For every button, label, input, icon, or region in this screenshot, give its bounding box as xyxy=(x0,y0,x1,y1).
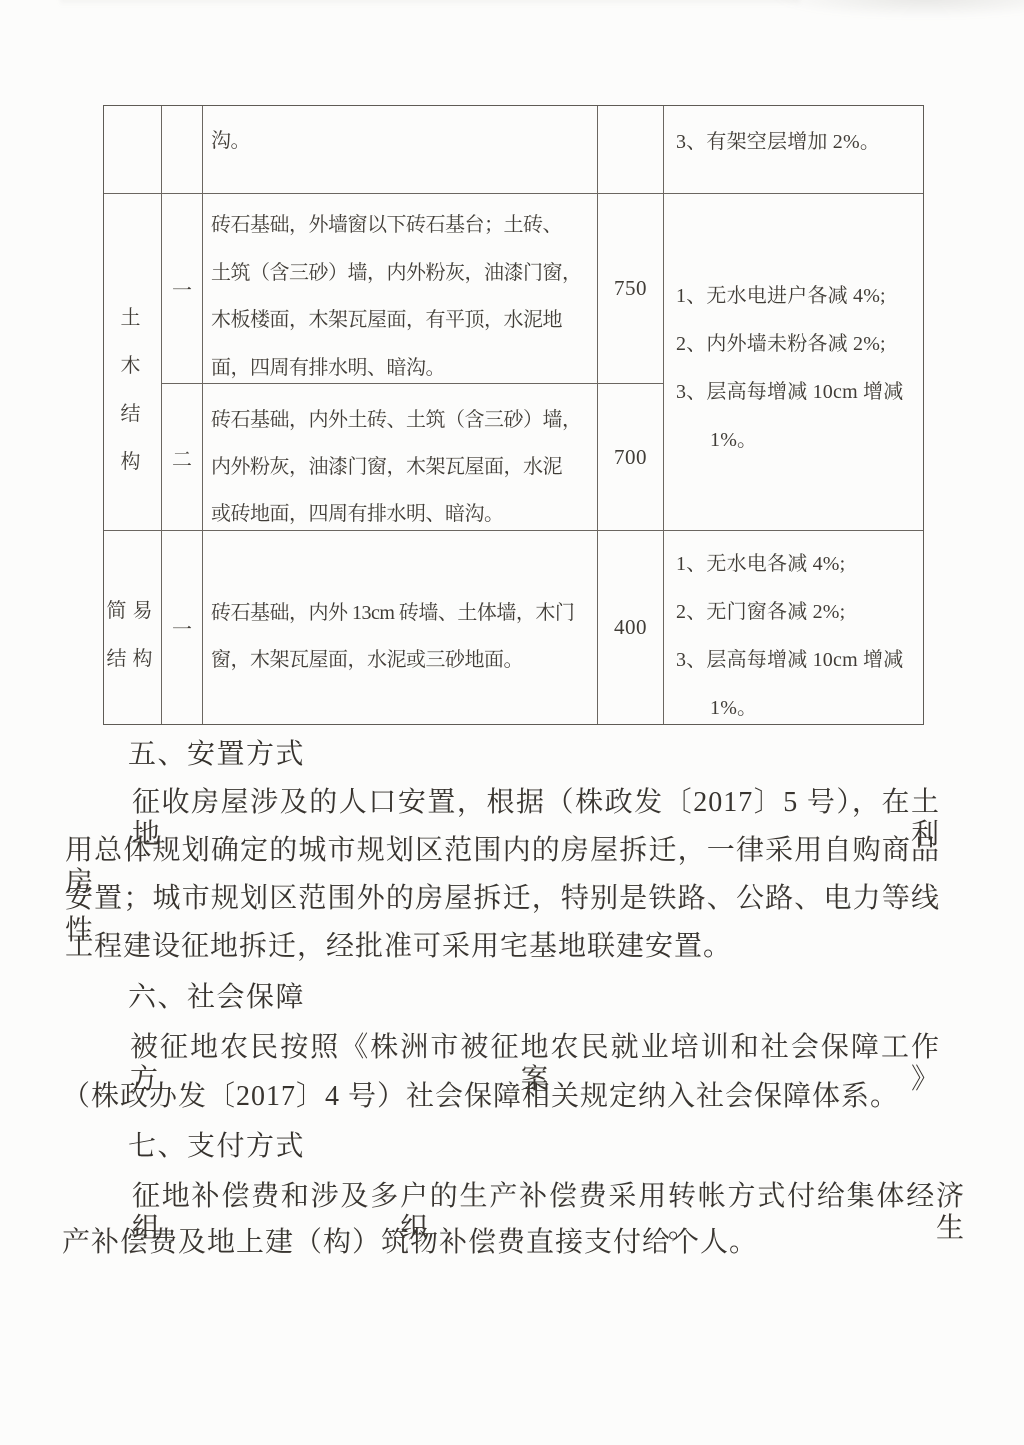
table-cell-empty xyxy=(598,106,664,194)
table-cell-price: 400 xyxy=(598,531,664,724)
table-cell-empty xyxy=(162,106,203,194)
grade-label: 一 xyxy=(172,274,192,303)
remark-line: 1%。 xyxy=(676,416,923,464)
grade-label: 二 xyxy=(172,443,192,472)
description-line: 土筑（含三砂）墙，内外粉灰，油漆门窗， xyxy=(211,250,597,298)
table-cell-grade: 二 xyxy=(162,384,203,531)
price-value: 400 xyxy=(614,615,647,640)
table-cell-grade: 一 xyxy=(162,531,203,724)
table-cell-description: 砖石基础，内外 13cm 砖墙、土体墙，木门 窗，木架瓦屋面，水泥或三砂地面。 xyxy=(203,531,598,724)
remark-line: 3、有架空层增加 2%。 xyxy=(676,118,923,166)
table-cell-structure-tumu: 土 木 结 构 xyxy=(104,194,162,531)
remark-line: 2、内外墙未粉各减 2%; xyxy=(676,320,923,368)
table-cell-price: 750 xyxy=(598,194,664,384)
structure-char: 土 xyxy=(104,294,161,342)
paragraph-line: 工程建设征地拆迁，经批准可采用宅基地联建安置。 xyxy=(65,931,732,963)
description-line: 砖石基础，外墙窗以下砖石基台；土砖、 xyxy=(211,202,597,250)
scan-smudge xyxy=(60,0,800,6)
remark-line: 1、无水电进户各减 4%; xyxy=(676,272,923,320)
table-cell-price: 700 xyxy=(598,384,664,531)
paragraph-line: 产补偿费及地上建（构）筑物补偿费直接支付给个人。 xyxy=(62,1227,758,1259)
description-line: 砖石基础，内外土砖、土筑（含三砂）墙， xyxy=(211,397,597,444)
table-cell-remark: 3、有架空层增加 2%。 xyxy=(664,106,923,194)
structure-char: 构 xyxy=(104,438,161,486)
table-cell-empty xyxy=(104,106,162,194)
compensation-table: 沟。 3、有架空层增加 2%。 土 木 结 构 一 砖石基础，外墙窗以下砖石基台… xyxy=(103,105,924,725)
scan-smudge xyxy=(770,0,1024,18)
table-cell-description: 砖石基础，内外土砖、土筑（含三砂）墙， 内外粉灰，油漆门窗，木架瓦屋面，水泥 或… xyxy=(203,384,598,531)
remark-line: 1、无水电各减 4%; xyxy=(676,540,923,588)
document-page: 沟。 3、有架空层增加 2%。 土 木 结 构 一 砖石基础，外墙窗以下砖石基台… xyxy=(0,0,1024,1445)
price-value: 700 xyxy=(614,445,647,470)
description-line: 内外粉灰，油漆门窗，木架瓦屋面，水泥 xyxy=(211,444,597,491)
description-line: 木板楼面，木架瓦屋面，有平顶，水泥地 xyxy=(211,297,597,345)
structure-char: 木 xyxy=(104,342,161,390)
price-value: 750 xyxy=(614,276,647,301)
structure-line: 结构 xyxy=(104,635,161,683)
remark-line: 1%。 xyxy=(676,684,923,732)
structure-line: 简易 xyxy=(104,587,161,635)
section-heading-5: 五、安置方式 xyxy=(128,739,305,771)
table-cell-description: 沟。 xyxy=(203,106,598,194)
table-cell-description: 砖石基础，外墙窗以下砖石基台；土砖、 土筑（含三砂）墙，内外粉灰，油漆门窗， 木… xyxy=(203,194,598,384)
grade-label: 一 xyxy=(172,613,192,642)
table-cell-structure-jianyi: 简易 结构 xyxy=(104,531,162,724)
structure-char: 结 xyxy=(104,390,161,438)
section-heading-7: 七、支付方式 xyxy=(128,1131,305,1163)
section-heading-6: 六、社会保障 xyxy=(128,982,305,1014)
remark-line: 3、层高每增减 10cm 增减 xyxy=(676,368,923,416)
table-cell-remark: 1、无水电各减 4%; 2、无门窗各减 2%; 3、层高每增减 10cm 增减 … xyxy=(664,531,923,724)
paragraph-line: （株政办发〔2017〕4 号）社会保障相关规定纳入社会保障体系。 xyxy=(62,1081,899,1113)
description-line: 砖石基础，内外 13cm 砖墙、土体墙，木门 xyxy=(211,590,597,637)
remark-line: 2、无门窗各减 2%; xyxy=(676,588,923,636)
table-cell-grade: 一 xyxy=(162,194,203,384)
table-cell-remark: 1、无水电进户各减 4%; 2、内外墙未粉各减 2%; 3、层高每增减 10cm… xyxy=(664,194,923,531)
remark-line: 3、层高每增减 10cm 增减 xyxy=(676,636,923,684)
description-line: 沟。 xyxy=(211,118,597,165)
description-line: 窗，木架瓦屋面，水泥或三砂地面。 xyxy=(211,637,597,684)
